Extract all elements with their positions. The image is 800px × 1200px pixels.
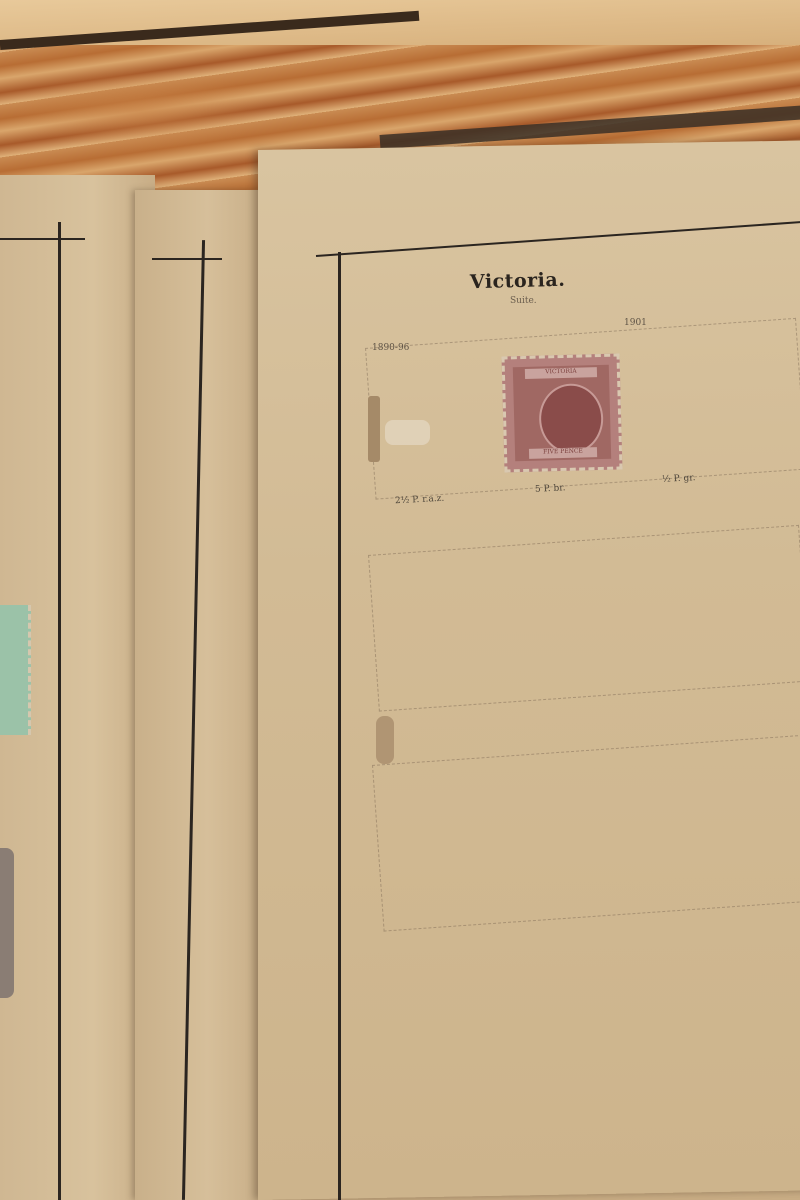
page-border-line: [58, 222, 61, 1200]
page-subtitle: Suite.: [510, 296, 537, 306]
stamp-bottom-text: FIVE PENCE: [529, 447, 597, 459]
stamp-hinge: [368, 396, 380, 462]
stamp-grid-row-2: [368, 525, 800, 712]
hinge-residue: [385, 420, 430, 445]
caption-2: 5 P. br.: [535, 483, 566, 495]
page-border-line: [338, 252, 341, 1200]
paper-stain: [376, 716, 394, 764]
stamp-top-text: VICTORIA: [525, 367, 597, 379]
year-label-right: 1901: [624, 318, 647, 328]
page-border-line: [152, 258, 222, 260]
page-title: Victoria.: [470, 269, 566, 293]
grey-stamp-partial: [0, 848, 14, 998]
stamp-grid-row-3: [372, 735, 800, 932]
caption-3: ½ P. gr.: [662, 473, 696, 485]
victoria-stamp: VICTORIA FIVE PENCE: [502, 353, 623, 472]
page-border-line: [0, 238, 85, 240]
green-stamp-partial: [0, 605, 31, 735]
queen-portrait-icon: [538, 383, 604, 455]
stamp-design: VICTORIA FIVE PENCE: [513, 365, 611, 461]
